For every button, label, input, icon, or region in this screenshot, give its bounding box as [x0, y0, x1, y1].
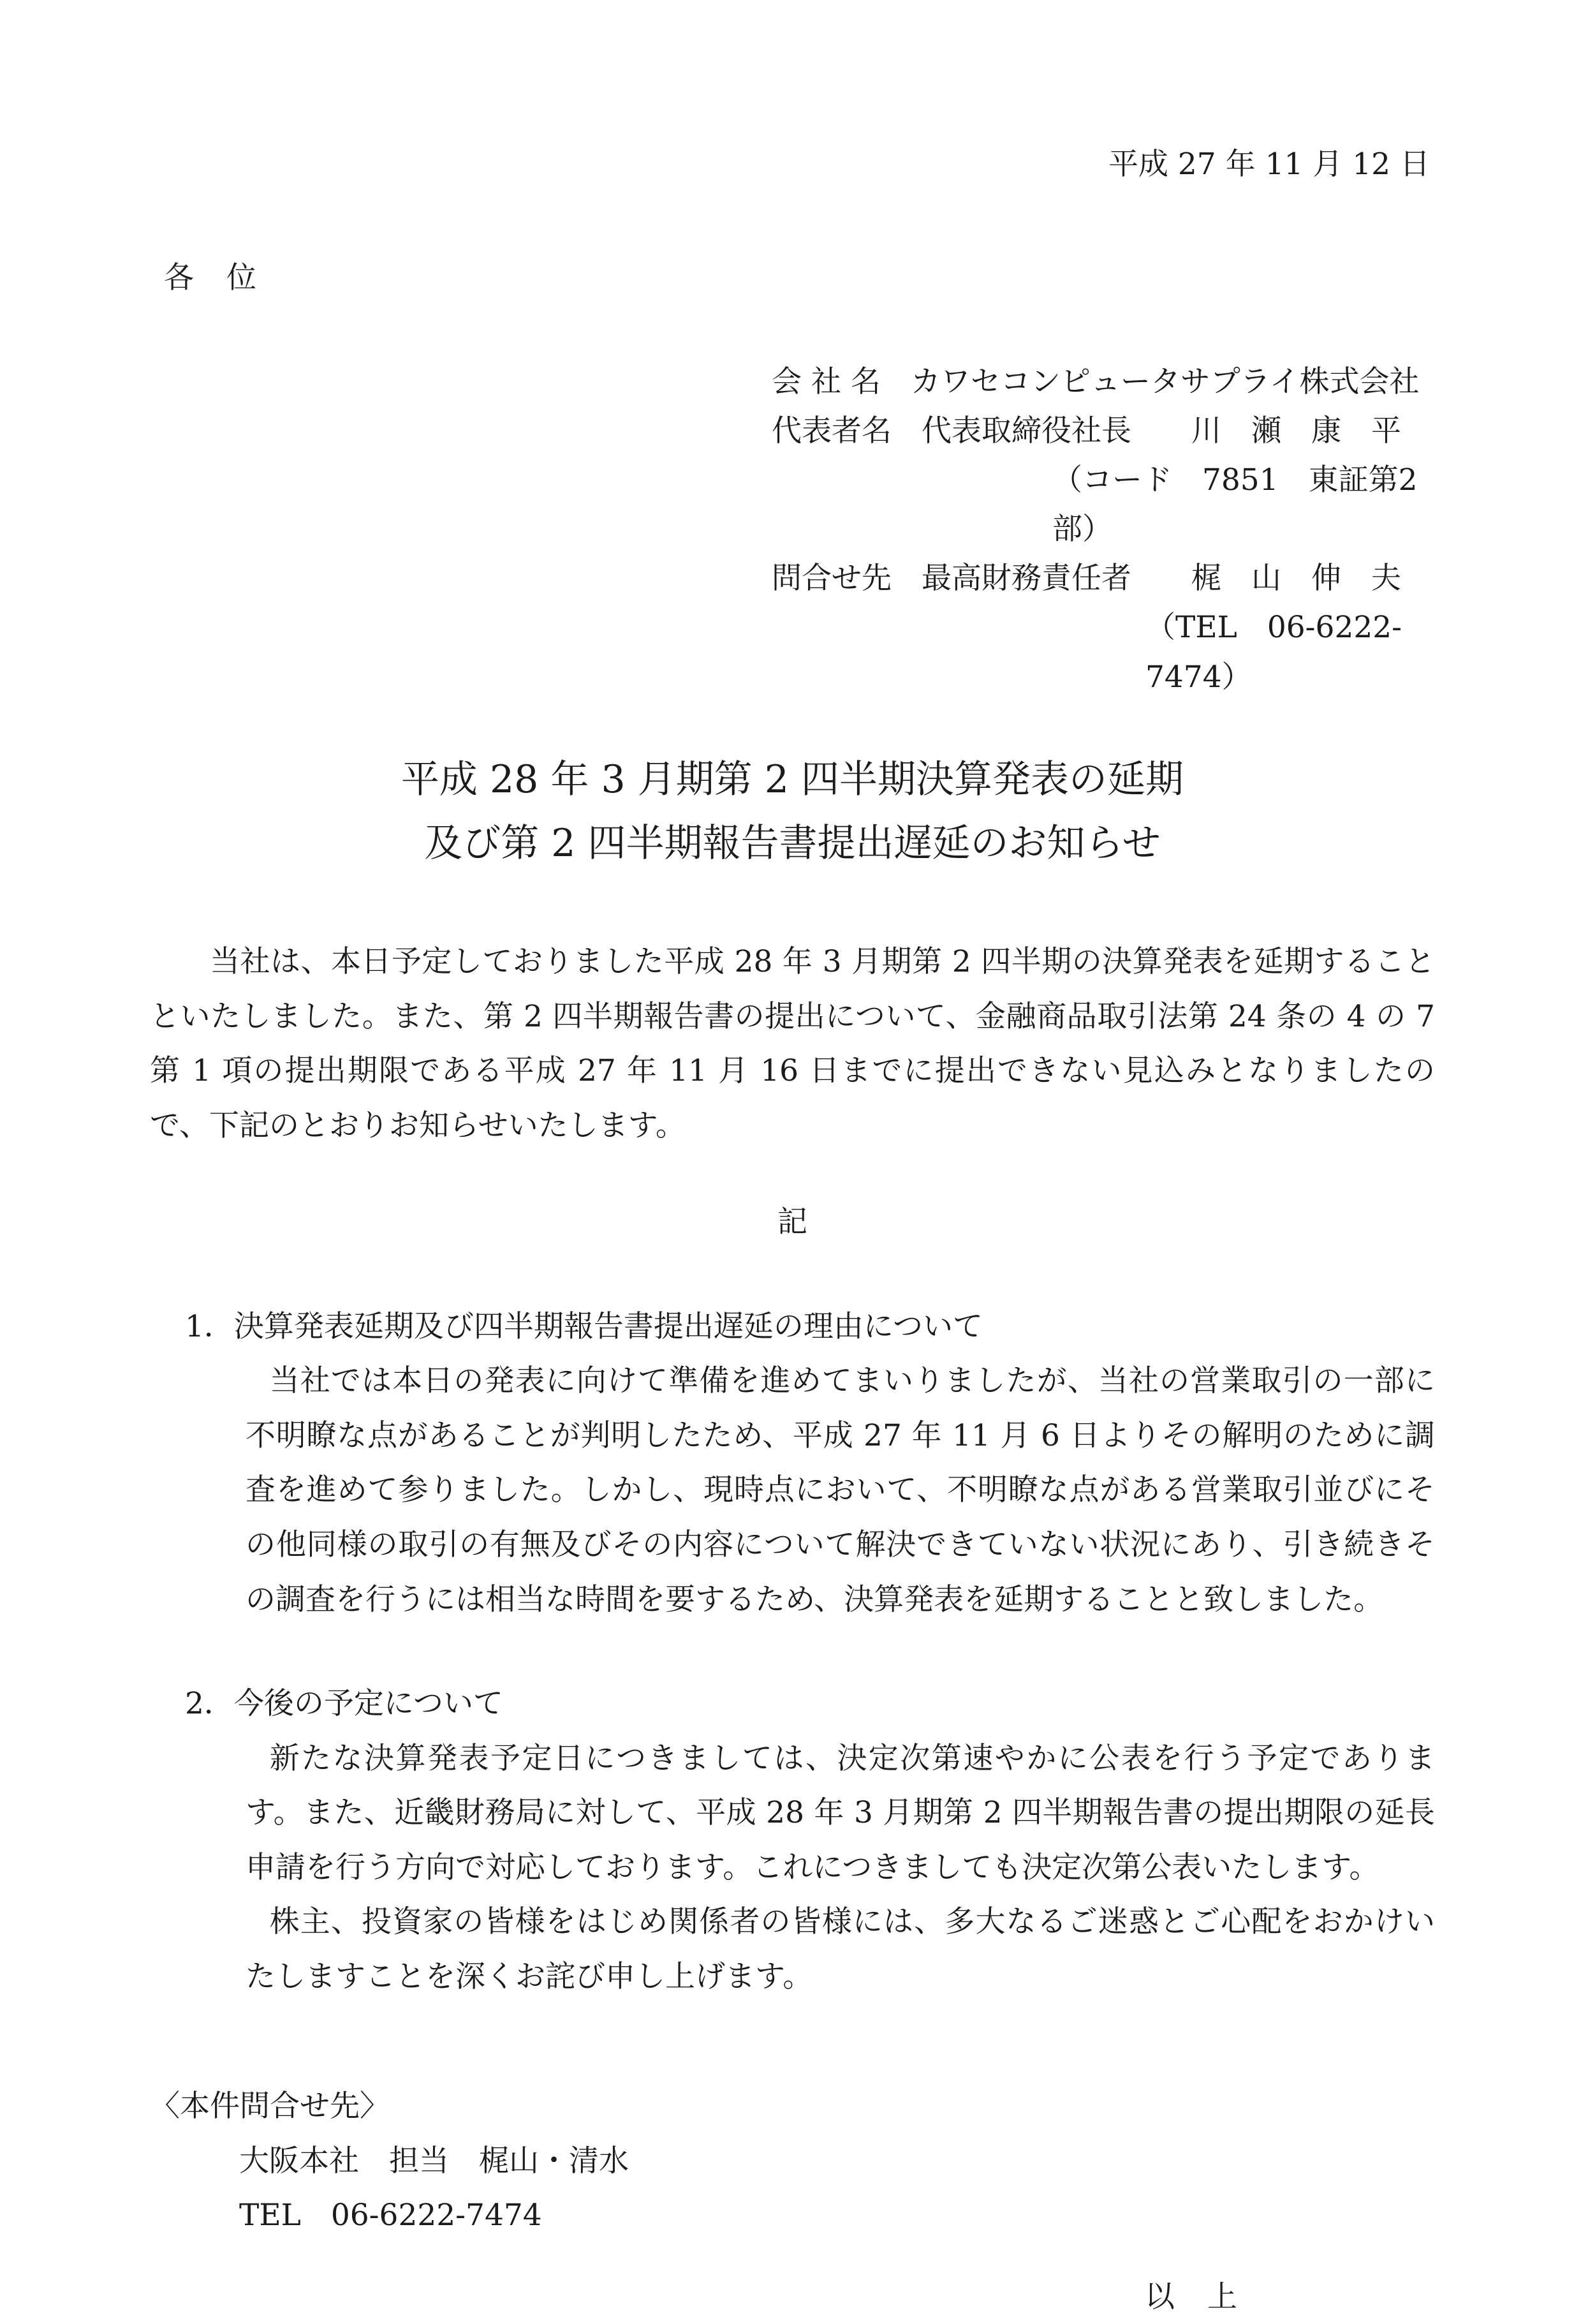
company-tel-line: （TEL 06-6222-7474） — [1145, 603, 1435, 701]
section-1-paragraph: 当社では本日の発表に向けて準備を進めてまいりましたが、当社の営業取引の一部に不明… — [246, 1354, 1435, 1627]
company-name-line: 会 社 名 カワセコンピュータサプライ株式会社 — [772, 357, 1435, 406]
footer-contact-block: 〈本件問合せ先〉 大阪本社 担当 梶山・清水 TEL 06-6222-7474 — [150, 2079, 1435, 2243]
section-2-paragraph-1: 新たな決算発表予定日につきましては、決定次第速やかに公表を行う予定であります。ま… — [246, 1731, 1435, 1895]
contact-line: 問合せ先 最高財務責任者 梶 山 伸 夫 — [772, 554, 1435, 603]
document-title-line1: 平成 28 年 3 月期第 2 四半期決算発表の延期 — [150, 748, 1435, 812]
company-info-block: 会 社 名 カワセコンピュータサプライ株式会社 代表者名 代表取締役社長 川 瀬… — [772, 357, 1435, 702]
closing-mark: 以 上 — [150, 2270, 1435, 2324]
representative-line: 代表者名 代表取締役社長 川 瀬 康 平 — [772, 406, 1435, 455]
section-2-heading: 2．今後の予定について — [185, 1676, 1435, 1731]
addressee: 各 位 — [164, 251, 1435, 306]
section-2-paragraph-2: 株主、投資家の皆様をはじめ関係者の皆様には、多大なるご迷惑とご心配をおかけいたし… — [246, 1895, 1435, 2004]
document-page: 平成 27 年 11 月 12 日 各 位 会 社 名 カワセコンピュータサプラ… — [0, 0, 1581, 2238]
stock-code-line: （コード 7851 東証第2部） — [1052, 455, 1435, 554]
footer-contact-office: 大阪本社 担当 梶山・清水 — [239, 2134, 1435, 2189]
footer-contact-header: 〈本件問合せ先〉 — [150, 2079, 1435, 2134]
document-title: 平成 28 年 3 月期第 2 四半期決算発表の延期 及び第 2 四半期報告書提… — [150, 748, 1435, 877]
document-title-line2: 及び第 2 四半期報告書提出遅延のお知らせ — [150, 811, 1435, 876]
section-1: 1．決算発表延期及び四半期報告書提出遅延の理由について 当社では本日の発表に向け… — [150, 1299, 1435, 1627]
record-mark: 記 — [150, 1195, 1435, 1250]
footer-contact-tel: TEL 06-6222-7474 — [239, 2188, 1435, 2243]
section-2: 2．今後の予定について 新たな決算発表予定日につきましては、決定次第速やかに公表… — [150, 1676, 1435, 2004]
section-1-heading: 1．決算発表延期及び四半期報告書提出遅延の理由について — [185, 1299, 1435, 1354]
intro-paragraph: 当社は、本日予定しておりました平成 28 年 3 月期第 2 四半期の決算発表を… — [150, 935, 1435, 1153]
document-date: 平成 27 年 11 月 12 日 — [150, 137, 1435, 192]
